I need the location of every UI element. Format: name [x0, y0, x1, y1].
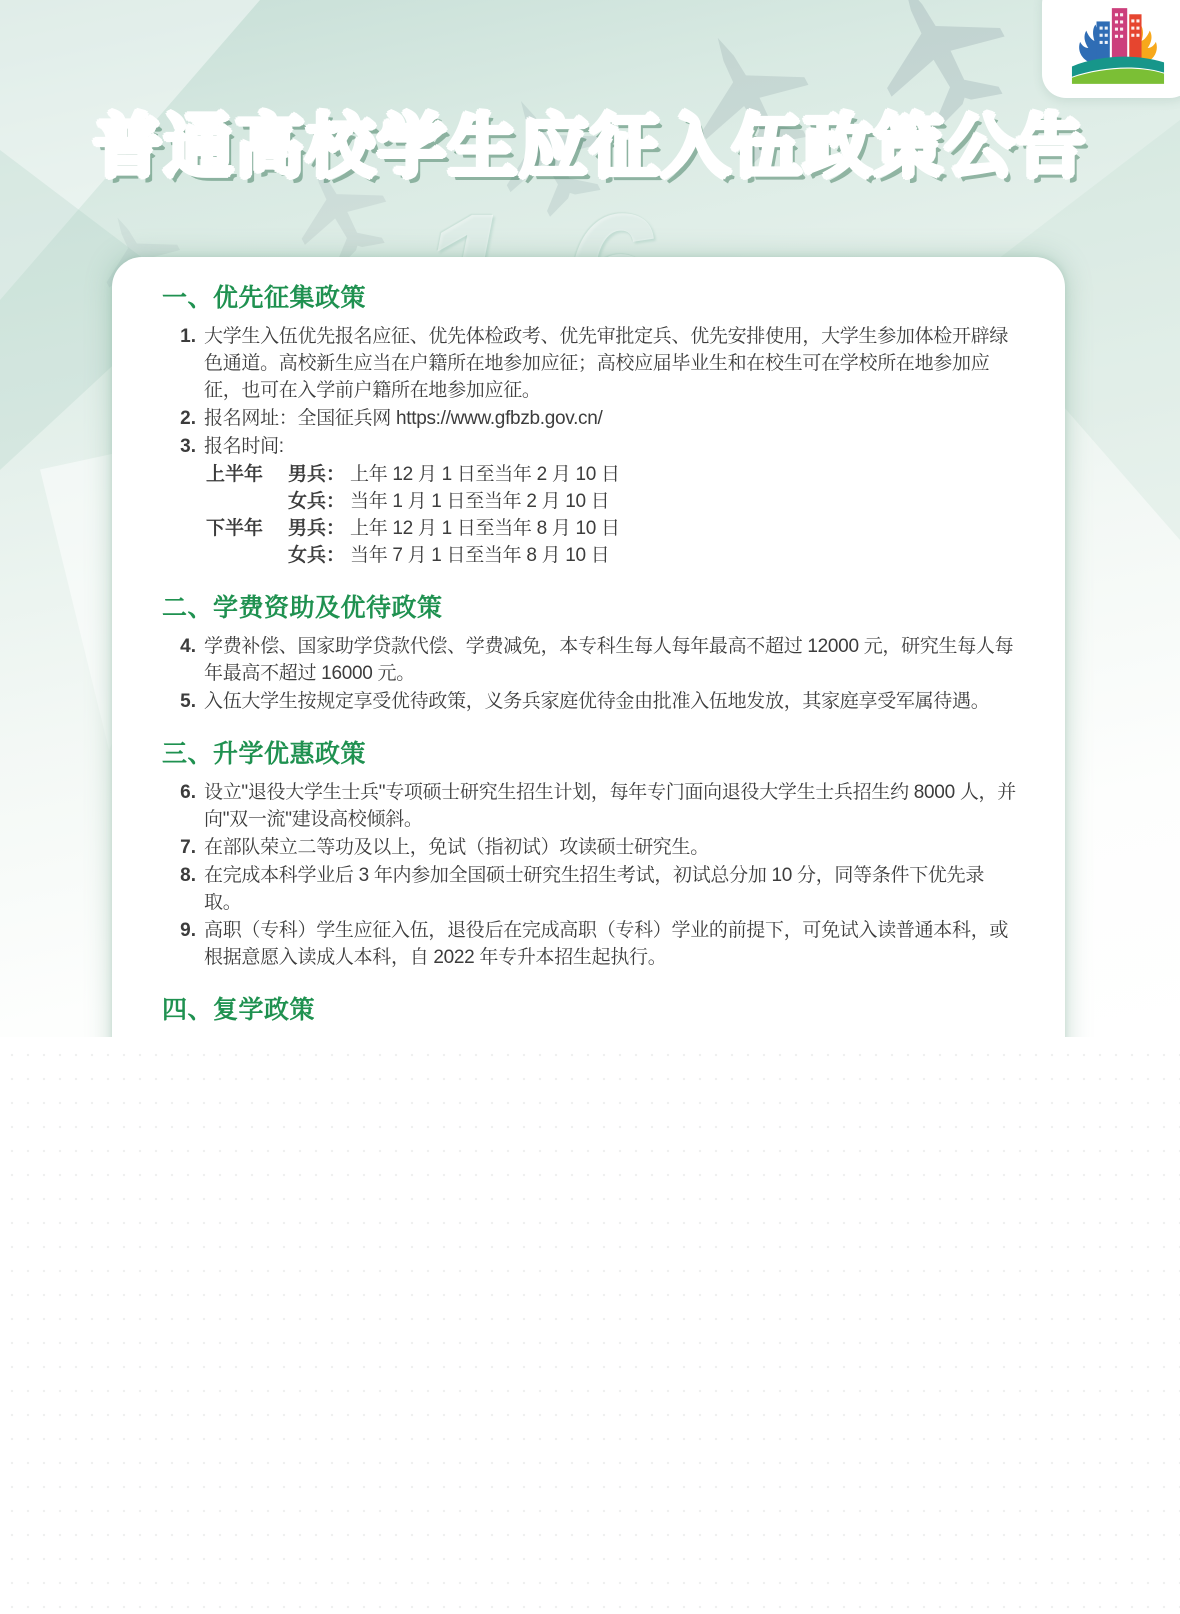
- policy-item: 8. 在完成本科学业后 3 年内参加全国硕士研究生招生考试，初试总分加 10 分…: [162, 862, 1019, 916]
- policy-item: 6. 设立"退役大学生士兵"专项硕士研究生招生计划，每年专门面向退役大学生士兵招…: [162, 779, 1019, 833]
- item-number: 2.: [162, 405, 196, 432]
- policy-item: 1. 大学生入伍优先报名应征、优先体检政考、优先审批定兵、优先安排使用，大学生参…: [162, 323, 1019, 404]
- schedule-range: 当年 7 月 1 日至当年 8 月 10 日: [350, 542, 609, 569]
- poster-title: 普通高校学生应征入伍政策公告: [0, 104, 1180, 190]
- section-heading: 二、学费资助及优待政策: [162, 593, 1019, 623]
- item-number: 5.: [162, 688, 196, 715]
- policy-item: 9. 高职（专科）学生应征入伍，退役后在完成高职（专科）学业的前提下，可免试入读…: [162, 917, 1019, 971]
- item-number: 6.: [162, 779, 196, 806]
- page-bottom-dotted-area: [0, 1037, 1180, 1614]
- policy-item: 5. 入伍大学生按规定享受优待政策，义务兵家庭优待金由批准入伍地发放，其家庭享受…: [162, 688, 1019, 715]
- schedule-row: 下半年 男兵： 上年 12 月 1 日至当年 8 月 10 日: [206, 515, 1019, 542]
- item-number: 4.: [162, 633, 196, 660]
- poster-area: 16: [0, 0, 1180, 1037]
- section-heading: 三、升学优惠政策: [162, 739, 1019, 769]
- schedule-range: 当年 1 月 1 日至当年 2 月 10 日: [350, 488, 609, 515]
- schedule-range: 上年 12 月 1 日至当年 8 月 10 日: [350, 515, 620, 542]
- item-number: 8.: [162, 862, 196, 889]
- item-text: 报名时间:: [204, 433, 1019, 460]
- item-number: 9.: [162, 917, 196, 944]
- section-heading: 四、复学政策: [162, 995, 1019, 1025]
- schedule-period: [206, 488, 288, 515]
- item-text: 报名网址：全国征兵网 https://www.gfbzb.gov.cn/: [204, 405, 1019, 432]
- item-number: 7.: [162, 834, 196, 861]
- item-number: 3.: [162, 433, 196, 460]
- section-further-education: 三、升学优惠政策 6. 设立"退役大学生士兵"专项硕士研究生招生计划，每年专门面…: [162, 739, 1019, 971]
- item-text: 学费补偿、国家助学贷款代偿、学费减免，本专科生每人每年最高不超过 12000 元…: [204, 633, 1019, 687]
- schedule-row: 上半年 男兵： 上年 12 月 1 日至当年 2 月 10 日: [206, 461, 1019, 488]
- item-text: 在部队荣立二等功及以上，免试（指初试）攻读硕士研究生。: [204, 834, 1019, 861]
- policy-item: 4. 学费补偿、国家助学贷款代偿、学费减免，本专科生每人每年最高不超过 1200…: [162, 633, 1019, 687]
- schedule-gender: 女兵：: [288, 542, 350, 569]
- schedule-range: 上年 12 月 1 日至当年 2 月 10 日: [350, 461, 620, 488]
- item-text: 大学生入伍优先报名应征、优先体检政考、优先审批定兵、优先安排使用，大学生参加体检…: [204, 323, 1019, 404]
- item-text: 高职（专科）学生应征入伍，退役后在完成高职（专科）学业的前提下，可免试入读普通本…: [204, 917, 1019, 971]
- schedule-gender: 男兵：: [288, 461, 350, 488]
- schedule-period: [206, 542, 288, 569]
- item-text: 在完成本科学业后 3 年内参加全国硕士研究生招生考试，初试总分加 10 分，同等…: [204, 862, 1019, 916]
- policy-item: 2. 报名网址：全国征兵网 https://www.gfbzb.gov.cn/: [162, 405, 1019, 432]
- item-number: 1.: [162, 323, 196, 350]
- schedule-gender: 男兵：: [288, 515, 350, 542]
- logo-card: [1042, 0, 1180, 98]
- policy-item: 7. 在部队荣立二等功及以上，免试（指初试）攻读硕士研究生。: [162, 834, 1019, 861]
- schedule-period: 下半年: [206, 515, 288, 542]
- policy-item: 10. 高校学生（含高校新生）服役期间按国家有关规定保留学籍或入学资格，退役后 …: [162, 1035, 1019, 1037]
- section-tuition-support: 二、学费资助及优待政策 4. 学费补偿、国家助学贷款代偿、学费减免，本专科生每人…: [162, 593, 1019, 715]
- section-heading: 一、优先征集政策: [162, 283, 1019, 313]
- schedule-gender: 女兵：: [288, 488, 350, 515]
- item-text: 入伍大学生按规定享受优待政策，义务兵家庭优待金由批准入伍地发放，其家庭享受军属待…: [204, 688, 1019, 715]
- schedule-period: 上半年: [206, 461, 288, 488]
- item-text: 设立"退役大学生士兵"专项硕士研究生招生计划，每年专门面向退役大学生士兵招生约 …: [204, 779, 1019, 833]
- policy-item: 3. 报名时间:: [162, 433, 1019, 460]
- schedule-row: 女兵： 当年 1 月 1 日至当年 2 月 10 日: [206, 488, 1019, 515]
- item-text: 高校学生（含高校新生）服役期间按国家有关规定保留学籍或入学资格，退役后 2 年内…: [204, 1035, 1019, 1037]
- schedule-row: 女兵： 当年 7 月 1 日至当年 8 月 10 日: [206, 542, 1019, 569]
- city-hands-logo-icon: [1066, 2, 1170, 90]
- item-number: 10.: [162, 1035, 196, 1037]
- section-resume-study: 四、复学政策 10. 高校学生（含高校新生）服役期间按国家有关规定保留学籍或入学…: [162, 995, 1019, 1037]
- announcement-poster-page: 16: [0, 0, 1180, 1614]
- section-priority-recruitment: 一、优先征集政策 1. 大学生入伍优先报名应征、优先体检政考、优先审批定兵、优先…: [162, 283, 1019, 569]
- enlistment-schedule: 上半年 男兵： 上年 12 月 1 日至当年 2 月 10 日 女兵： 当年 1…: [206, 461, 1019, 569]
- policy-content-card: 一、优先征集政策 1. 大学生入伍优先报名应征、优先体检政考、优先审批定兵、优先…: [112, 257, 1065, 1037]
